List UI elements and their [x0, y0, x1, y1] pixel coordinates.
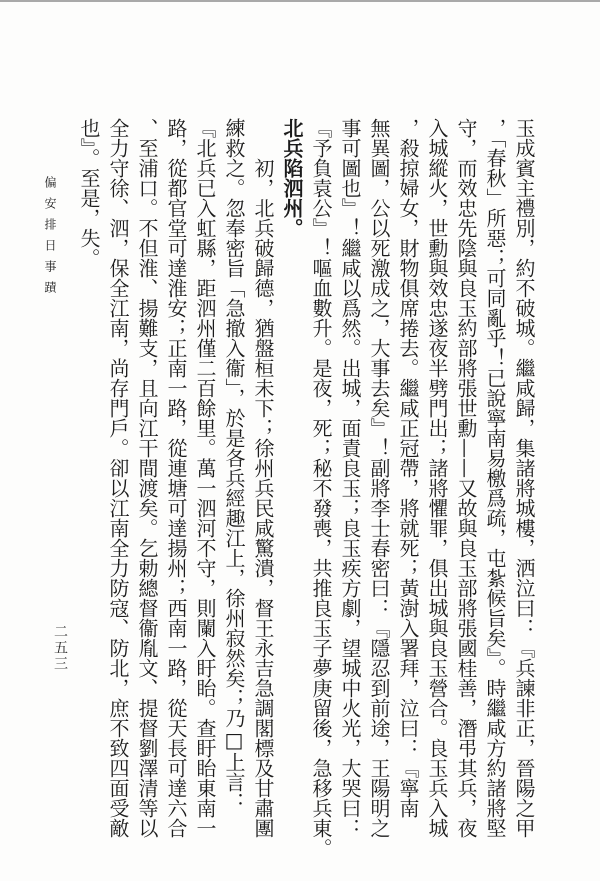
running-title: 偏安排日事蹟: [42, 176, 59, 302]
text-column: ，「春秋」所惡；可同亂乎！已說寧南易檄爲疏，屯紮候旨矣』。時繼咸方約諸將堅: [480, 118, 509, 866]
page-number: 二五三: [50, 624, 70, 672]
book-page: 玉成賓主禮別，約不破城。繼咸歸，集諸將城樓，洒泣曰：『兵諫非正，晉陽之甲 ，「春…: [0, 0, 600, 881]
text-column: 、至浦口。不但淮、揚難支，且向江干間渡矣。乞勅總督衞胤文、提督劉澤清等以: [132, 118, 161, 866]
text-column: 也』。至是，失。: [74, 118, 103, 866]
scan-edge-rule: [0, 0, 600, 2]
text-column: 玉成賓主禮別，約不破城。繼咸歸，集諸將城樓，洒泣曰：『兵諫非正，晉陽之甲: [509, 118, 538, 866]
text-column: 路，從都官堂可達淮安；正南一路，從連塘可達揚州；西南一路，從天長可達六合: [161, 118, 190, 866]
text-column: ，殺掠婦女，財物俱席捲去。繼咸正冠帶，將就死；黃澍入署拜，泣曰：『寧南: [393, 118, 422, 866]
text-column: 全力守徐、泗，保全江南，尚存門戶。卻以江南全力防寇、防北，庶不致四面受敵: [103, 118, 132, 866]
text-column: 事可圖也』！繼咸以爲然。出城，面責良玉；良玉疾方劇，望城中火光，大哭曰：: [335, 118, 364, 866]
text-column: 練救之。忽奉密旨「急撤入衞」，於是各兵經趣江上，徐州寂然矣；乃□上言：: [219, 118, 248, 866]
text-column: 初，北兵破歸德，猶盤桓未下；徐州兵民咸驚潰，督王永吉急調閣標及甘肅團: [248, 118, 277, 866]
text-column: 『北兵已入虹縣，距泗州僅二百餘里。萬一泗河不守，則闌入盱眙。查盱眙東南一: [190, 118, 219, 866]
text-column: 『予負袁公』！嘔血數升。是夜，死；秘不發喪，共推良玉子夢庚留後，急移兵東。: [306, 118, 335, 866]
text-column: 無異圖，公以死激成之，大事去矣』！副將李士春密曰：『隱忍到前途，王陽明之: [364, 118, 393, 866]
section-heading: 北兵陷泗州。: [277, 118, 306, 866]
main-text-block: 玉成賓主禮別，約不破城。繼咸歸，集諸將城樓，洒泣曰：『兵諫非正，晉陽之甲 ，「春…: [74, 118, 538, 866]
text-column: 守，而效忠先陰與良玉約部將張世勳——又故與良玉部將張國桂善，潛弔其兵，夜: [451, 118, 480, 866]
text-column: 入城縱火，世勳與效忠遂夜半劈門出；諸將懼罪，俱出城與良玉營合。良玉兵入城: [422, 118, 451, 866]
